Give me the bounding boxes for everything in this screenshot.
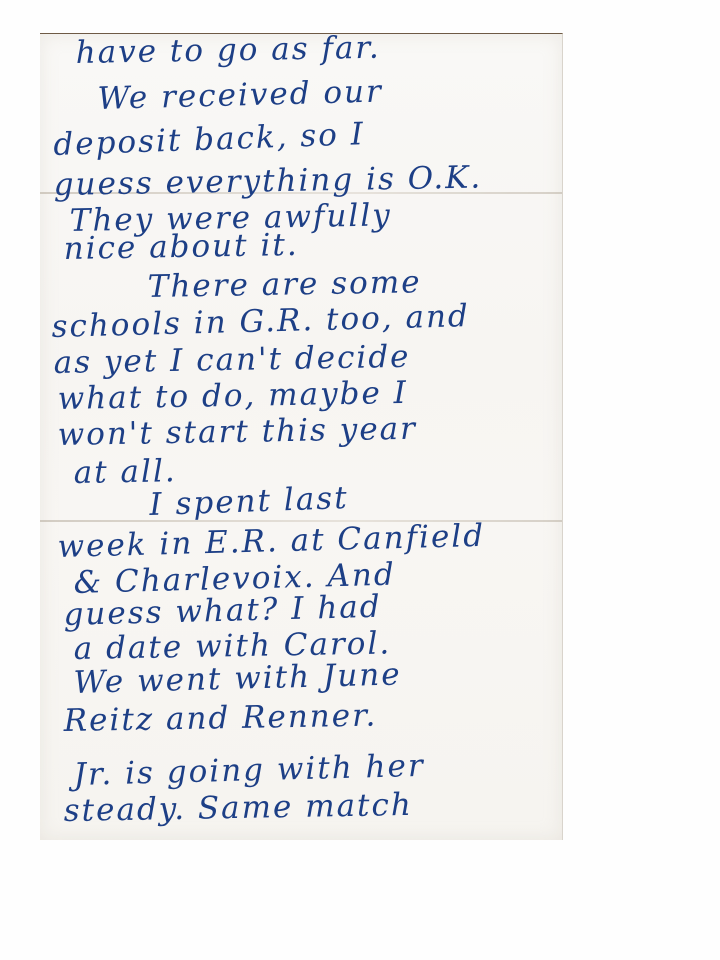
handwritten-line-1: have to go as far. (75, 33, 380, 69)
handwritten-line-8: schools in G.R. too, and (51, 301, 470, 343)
handwritten-line-3: deposit back, so I (53, 119, 366, 161)
handwritten-line-4: guess everything is O.K. (53, 163, 482, 201)
handwritten-line-14: week in E.R. at Canfield (57, 521, 485, 563)
handwritten-line-18: We went with June (73, 659, 402, 699)
handwritten-line-2: We received our (97, 77, 383, 115)
handwritten-line-11: won't start this year (57, 414, 417, 451)
handwritten-line-20: Jr. is going with her (73, 751, 425, 791)
handwritten-line-13: I spent last (149, 483, 349, 521)
handwritten-line-16: guess what? I had (63, 592, 382, 631)
handwritten-line-7: There are some (147, 267, 421, 303)
letter-paper: have to go as far. We received our depos… (40, 33, 563, 840)
handwritten-line-21: steady. Same match (63, 790, 413, 827)
scanned-page: have to go as far. We received our depos… (0, 0, 720, 960)
handwritten-line-10: what to do, maybe I (57, 378, 408, 415)
handwritten-line-9: as yet I can't decide (53, 342, 410, 379)
handwritten-line-6: nice about it. (63, 230, 298, 265)
handwritten-line-19: Reitz and Renner. (63, 701, 377, 737)
handwritten-line-12: at all. (73, 456, 176, 489)
